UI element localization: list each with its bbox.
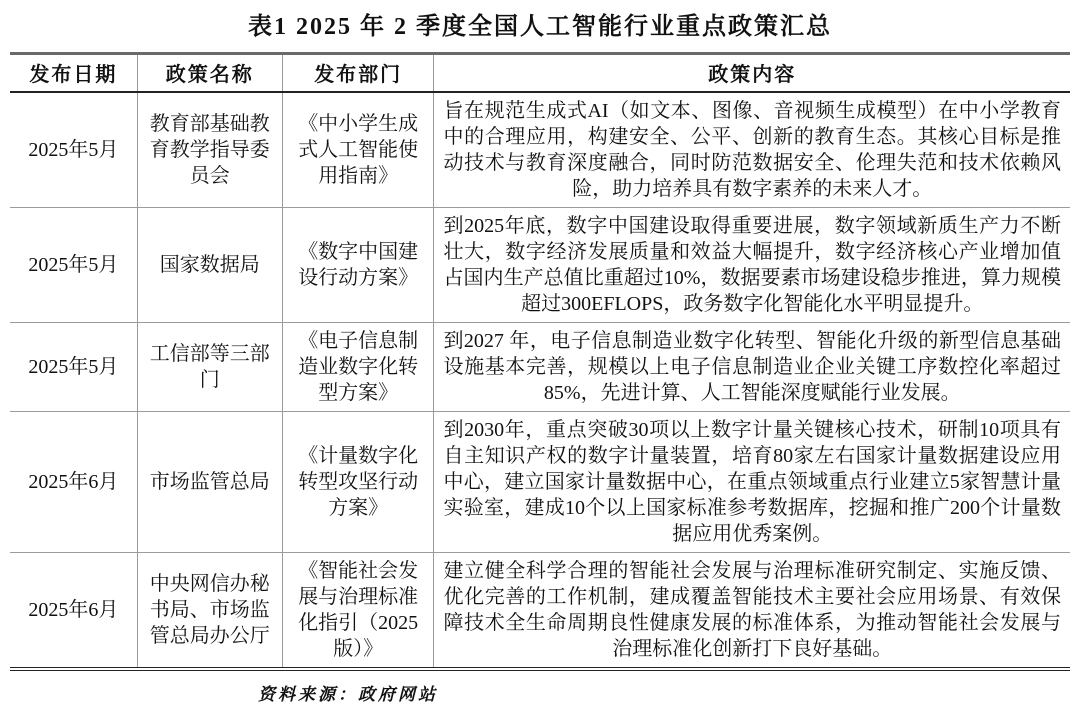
cell-release-date: 2025年5月 bbox=[10, 92, 137, 208]
cell-policy-title: 《中小学生成式人工智能使用指南》 bbox=[282, 92, 434, 208]
cell-policy-content: 建立健全科学合理的智能社会发展与治理标准研究制定、实施反馈、优化完善的工作机制，… bbox=[434, 553, 1070, 670]
cell-policy-title: 《数字中国建设行动方案》 bbox=[282, 208, 434, 323]
cell-issuing-dept: 教育部基础教育教学指导委员会 bbox=[137, 92, 282, 208]
table-row: 2025年5月 教育部基础教育教学指导委员会 《中小学生成式人工智能使用指南》 … bbox=[10, 92, 1070, 208]
cell-release-date: 2025年6月 bbox=[10, 412, 137, 553]
source-note: 资料来源：政府网站 bbox=[258, 680, 1070, 705]
cell-release-date: 2025年5月 bbox=[10, 323, 137, 412]
cell-policy-title: 《电子信息制造业数字化转型方案》 bbox=[282, 323, 434, 412]
col-header-issuing-dept: 发布部门 bbox=[282, 54, 434, 93]
cell-policy-content: 到2025年底，数字中国建设取得重要进展，数字领域新质生产力不断壮大，数字经济发… bbox=[434, 208, 1070, 323]
table-row: 2025年5月 国家数据局 《数字中国建设行动方案》 到2025年底，数字中国建… bbox=[10, 208, 1070, 323]
cell-issuing-dept: 工信部等三部门 bbox=[137, 323, 282, 412]
cell-policy-content: 到2030年，重点突破30项以上数字计量关键核心技术，研制10项具有自主知识产权… bbox=[434, 412, 1070, 553]
col-header-policy-content: 政策内容 bbox=[434, 54, 1070, 93]
cell-release-date: 2025年5月 bbox=[10, 208, 137, 323]
table-row: 2025年6月 中央网信办秘书局、市场监管总局办公厅 《智能社会发展与治理标准化… bbox=[10, 553, 1070, 670]
table-row: 2025年5月 工信部等三部门 《电子信息制造业数字化转型方案》 到2027 年… bbox=[10, 323, 1070, 412]
report-page: 表1 2025 年 2 季度全国人工智能行业重点政策汇总 发布日期 政策名称 发… bbox=[0, 0, 1080, 705]
cell-issuing-dept: 市场监管总局 bbox=[137, 412, 282, 553]
cell-policy-title: 《计量数字化转型攻坚行动方案》 bbox=[282, 412, 434, 553]
cell-issuing-dept: 国家数据局 bbox=[137, 208, 282, 323]
policy-summary-table: 发布日期 政策名称 发布部门 政策内容 2025年5月 教育部基础教育教学指导委… bbox=[10, 52, 1070, 671]
cell-release-date: 2025年6月 bbox=[10, 553, 137, 670]
table-title: 表1 2025 年 2 季度全国人工智能行业重点政策汇总 bbox=[10, 6, 1070, 41]
cell-policy-title: 《智能社会发展与治理标准化指引（2025版）》 bbox=[282, 553, 434, 670]
cell-policy-content: 到2027 年，电子信息制造业数字化转型、智能化升级的新型信息基础设施基本完善，… bbox=[434, 323, 1070, 412]
table-row: 2025年6月 市场监管总局 《计量数字化转型攻坚行动方案》 到2030年，重点… bbox=[10, 412, 1070, 553]
cell-policy-content: 旨在规范生成式AI（如文本、图像、音视频生成模型）在中小学教育中的合理应用，构建… bbox=[434, 92, 1070, 208]
col-header-policy-name: 政策名称 bbox=[137, 54, 282, 93]
header-row: 发布日期 政策名称 发布部门 政策内容 bbox=[10, 54, 1070, 93]
col-header-release-date: 发布日期 bbox=[10, 54, 137, 93]
cell-issuing-dept: 中央网信办秘书局、市场监管总局办公厅 bbox=[137, 553, 282, 670]
